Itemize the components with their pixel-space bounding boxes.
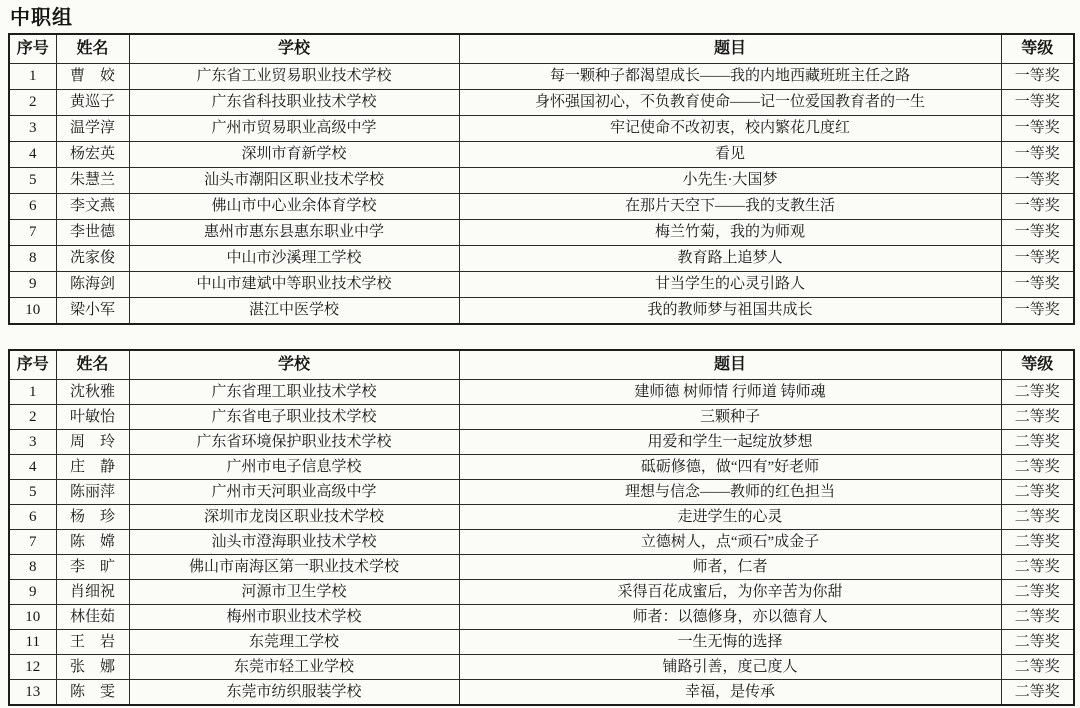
cell-school: 东莞理工学校: [129, 630, 459, 655]
cell-grade: 二等奖: [1001, 405, 1074, 430]
cell-name: 杨 珍: [56, 505, 129, 530]
cell-grade: 一等奖: [1001, 272, 1074, 298]
cell-grade: 二等奖: [1001, 455, 1074, 480]
header-row: 序号姓名学校题目等级: [9, 350, 1074, 380]
cell-school: 中山市建斌中等职业技术学校: [129, 272, 459, 298]
cell-title: 甘当学生的心灵引路人: [459, 272, 1001, 298]
cell-no: 9: [9, 580, 56, 605]
column-header-title: 题目: [459, 350, 1001, 380]
cell-no: 5: [9, 480, 56, 505]
column-header-name: 姓名: [56, 350, 129, 380]
table-row: 3温学淳广州市贸易职业高级中学牢记使命不改初衷，校内繁花几度红一等奖: [9, 116, 1074, 142]
cell-no: 13: [9, 680, 56, 706]
table-row: 4杨宏英深圳市育新学校看见一等奖: [9, 142, 1074, 168]
cell-name: 陈丽萍: [56, 480, 129, 505]
cell-name: 庄 静: [56, 455, 129, 480]
cell-grade: 二等奖: [1001, 380, 1074, 405]
table-row: 7陈 嫦汕头市澄海职业技术学校立德树人，点“顽石”成金子二等奖: [9, 530, 1074, 555]
cell-school: 广东省工业贸易职业技术学校: [129, 64, 459, 90]
cell-title: 理想与信念——教师的红色担当: [459, 480, 1001, 505]
cell-title: 看见: [459, 142, 1001, 168]
cell-school: 中山市沙溪理工学校: [129, 246, 459, 272]
cell-no: 11: [9, 630, 56, 655]
cell-name: 沈秋雅: [56, 380, 129, 405]
cell-grade: 二等奖: [1001, 480, 1074, 505]
cell-school: 佛山市中心业余体育学校: [129, 194, 459, 220]
cell-title: 建师德 树师情 行师道 铸师魂: [459, 380, 1001, 405]
table-row: 8冼家俊中山市沙溪理工学校教育路上追梦人一等奖: [9, 246, 1074, 272]
cell-grade: 二等奖: [1001, 680, 1074, 706]
cell-school: 湛江中医学校: [129, 298, 459, 325]
cell-school: 河源市卫生学校: [129, 580, 459, 605]
cell-no: 10: [9, 298, 56, 325]
second-prize-table: 序号姓名学校题目等级1沈秋雅广东省理工职业技术学校建师德 树师情 行师道 铸师魂…: [8, 349, 1075, 706]
cell-no: 7: [9, 530, 56, 555]
first-prize-table: 序号姓名学校题目等级1曹 姣广东省工业贸易职业技术学校每一颗种子都渴望成长——我…: [8, 33, 1075, 325]
cell-no: 5: [9, 168, 56, 194]
cell-title: 铺路引善，度己度人: [459, 655, 1001, 680]
cell-name: 林佳茹: [56, 605, 129, 630]
table-row: 12张 娜东莞市轻工业学校铺路引善，度己度人二等奖: [9, 655, 1074, 680]
cell-grade: 二等奖: [1001, 630, 1074, 655]
page-title: 中职组: [10, 6, 1080, 30]
cell-school: 汕头市澄海职业技术学校: [129, 530, 459, 555]
cell-school: 广州市贸易职业高级中学: [129, 116, 459, 142]
cell-grade: 二等奖: [1001, 430, 1074, 455]
cell-no: 3: [9, 430, 56, 455]
cell-grade: 二等奖: [1001, 655, 1074, 680]
table-row: 1曹 姣广东省工业贸易职业技术学校每一颗种子都渴望成长——我的内地西藏班班主任之…: [9, 64, 1074, 90]
cell-title: 采得百花成蜜后，为你辛苦为你甜: [459, 580, 1001, 605]
cell-title: 师者：以德修身，亦以德育人: [459, 605, 1001, 630]
cell-title: 用爱和学生一起绽放梦想: [459, 430, 1001, 455]
cell-name: 叶敏怡: [56, 405, 129, 430]
cell-school: 广东省理工职业技术学校: [129, 380, 459, 405]
cell-school: 广东省科技职业技术学校: [129, 90, 459, 116]
cell-grade: 一等奖: [1001, 168, 1074, 194]
cell-no: 9: [9, 272, 56, 298]
cell-title: 身怀强国初心，不负教育使命——记一位爱国教育者的一生: [459, 90, 1001, 116]
cell-no: 2: [9, 90, 56, 116]
cell-no: 1: [9, 64, 56, 90]
cell-no: 2: [9, 405, 56, 430]
cell-no: 6: [9, 505, 56, 530]
table-row: 9陈海剑中山市建斌中等职业技术学校甘当学生的心灵引路人一等奖: [9, 272, 1074, 298]
table-row: 13陈 雯东莞市纺织服装学校幸福，是传承二等奖: [9, 680, 1074, 706]
cell-name: 张 娜: [56, 655, 129, 680]
table-row: 10梁小军湛江中医学校我的教师梦与祖国共成长一等奖: [9, 298, 1074, 325]
cell-name: 肖细祝: [56, 580, 129, 605]
column-header-no: 序号: [9, 34, 56, 64]
table-row: 9肖细祝河源市卫生学校采得百花成蜜后，为你辛苦为你甜二等奖: [9, 580, 1074, 605]
cell-grade: 一等奖: [1001, 298, 1074, 325]
cell-grade: 一等奖: [1001, 142, 1074, 168]
cell-title: 小先生·大国梦: [459, 168, 1001, 194]
cell-grade: 一等奖: [1001, 116, 1074, 142]
cell-name: 周 玲: [56, 430, 129, 455]
cell-name: 李文燕: [56, 194, 129, 220]
table-row: 4庄 静广州市电子信息学校砥砺修德，做“四有”好老师二等奖: [9, 455, 1074, 480]
column-header-name: 姓名: [56, 34, 129, 64]
cell-no: 4: [9, 142, 56, 168]
cell-name: 梁小军: [56, 298, 129, 325]
cell-name: 杨宏英: [56, 142, 129, 168]
cell-title: 教育路上追梦人: [459, 246, 1001, 272]
cell-name: 朱慧兰: [56, 168, 129, 194]
cell-title: 砥砺修德，做“四有”好老师: [459, 455, 1001, 480]
cell-title: 三颗种子: [459, 405, 1001, 430]
cell-grade: 一等奖: [1001, 64, 1074, 90]
cell-title: 幸福，是传承: [459, 680, 1001, 706]
table-row: 6杨 珍深圳市龙岗区职业技术学校走进学生的心灵二等奖: [9, 505, 1074, 530]
cell-title: 牢记使命不改初衷，校内繁花几度红: [459, 116, 1001, 142]
column-header-school: 学校: [129, 350, 459, 380]
cell-no: 1: [9, 380, 56, 405]
cell-name: 李 旷: [56, 555, 129, 580]
column-header-grade: 等级: [1001, 350, 1074, 380]
cell-school: 广东省环境保护职业技术学校: [129, 430, 459, 455]
cell-school: 东莞市纺织服装学校: [129, 680, 459, 706]
cell-name: 黄巡子: [56, 90, 129, 116]
cell-no: 6: [9, 194, 56, 220]
cell-title: 每一颗种子都渴望成长——我的内地西藏班班主任之路: [459, 64, 1001, 90]
cell-title: 师者，仁者: [459, 555, 1001, 580]
cell-no: 10: [9, 605, 56, 630]
table-row: 5陈丽萍广州市天河职业高级中学理想与信念——教师的红色担当二等奖: [9, 480, 1074, 505]
cell-school: 深圳市龙岗区职业技术学校: [129, 505, 459, 530]
table-row: 6李文燕佛山市中心业余体育学校在那片天空下——我的支教生活一等奖: [9, 194, 1074, 220]
cell-no: 3: [9, 116, 56, 142]
table-row: 5朱慧兰汕头市潮阳区职业技术学校小先生·大国梦一等奖: [9, 168, 1074, 194]
column-header-title: 题目: [459, 34, 1001, 64]
cell-no: 8: [9, 555, 56, 580]
cell-grade: 二等奖: [1001, 505, 1074, 530]
cell-name: 陈 嫦: [56, 530, 129, 555]
cell-name: 陈海剑: [56, 272, 129, 298]
cell-name: 王 岩: [56, 630, 129, 655]
table-row: 7李世德惠州市惠东县惠东职业中学梅兰竹菊，我的为师观一等奖: [9, 220, 1074, 246]
cell-title: 梅兰竹菊，我的为师观: [459, 220, 1001, 246]
cell-title: 在那片天空下——我的支教生活: [459, 194, 1001, 220]
cell-grade: 一等奖: [1001, 194, 1074, 220]
cell-name: 冼家俊: [56, 246, 129, 272]
table-row: 11王 岩东莞理工学校一生无悔的选择二等奖: [9, 630, 1074, 655]
column-header-no: 序号: [9, 350, 56, 380]
header-row: 序号姓名学校题目等级: [9, 34, 1074, 64]
cell-school: 惠州市惠东县惠东职业中学: [129, 220, 459, 246]
cell-title: 我的教师梦与祖国共成长: [459, 298, 1001, 325]
cell-school: 佛山市南海区第一职业技术学校: [129, 555, 459, 580]
cell-name: 曹 姣: [56, 64, 129, 90]
table-row: 2黄巡子广东省科技职业技术学校身怀强国初心，不负教育使命——记一位爱国教育者的一…: [9, 90, 1074, 116]
table-row: 2叶敏怡广东省电子职业技术学校三颗种子二等奖: [9, 405, 1074, 430]
cell-grade: 一等奖: [1001, 90, 1074, 116]
cell-name: 陈 雯: [56, 680, 129, 706]
cell-title: 走进学生的心灵: [459, 505, 1001, 530]
cell-school: 广州市电子信息学校: [129, 455, 459, 480]
cell-no: 12: [9, 655, 56, 680]
cell-grade: 二等奖: [1001, 580, 1074, 605]
cell-grade: 一等奖: [1001, 220, 1074, 246]
cell-grade: 二等奖: [1001, 605, 1074, 630]
cell-school: 汕头市潮阳区职业技术学校: [129, 168, 459, 194]
cell-no: 7: [9, 220, 56, 246]
cell-grade: 二等奖: [1001, 555, 1074, 580]
cell-name: 李世德: [56, 220, 129, 246]
cell-no: 8: [9, 246, 56, 272]
document-page: 中职组 序号姓名学校题目等级1曹 姣广东省工业贸易职业技术学校每一颗种子都渴望成…: [0, 0, 1080, 708]
column-header-grade: 等级: [1001, 34, 1074, 64]
cell-no: 4: [9, 455, 56, 480]
cell-grade: 二等奖: [1001, 530, 1074, 555]
cell-title: 立德树人，点“顽石”成金子: [459, 530, 1001, 555]
cell-grade: 一等奖: [1001, 246, 1074, 272]
table-row: 1沈秋雅广东省理工职业技术学校建师德 树师情 行师道 铸师魂二等奖: [9, 380, 1074, 405]
cell-school: 东莞市轻工业学校: [129, 655, 459, 680]
cell-school: 深圳市育新学校: [129, 142, 459, 168]
cell-school: 广州市天河职业高级中学: [129, 480, 459, 505]
cell-name: 温学淳: [56, 116, 129, 142]
column-header-school: 学校: [129, 34, 459, 64]
cell-school: 梅州市职业技术学校: [129, 605, 459, 630]
cell-title: 一生无悔的选择: [459, 630, 1001, 655]
table-row: 8李 旷佛山市南海区第一职业技术学校师者，仁者二等奖: [9, 555, 1074, 580]
table-row: 10林佳茹梅州市职业技术学校师者：以德修身，亦以德育人二等奖: [9, 605, 1074, 630]
cell-school: 广东省电子职业技术学校: [129, 405, 459, 430]
table-row: 3周 玲广东省环境保护职业技术学校用爱和学生一起绽放梦想二等奖: [9, 430, 1074, 455]
